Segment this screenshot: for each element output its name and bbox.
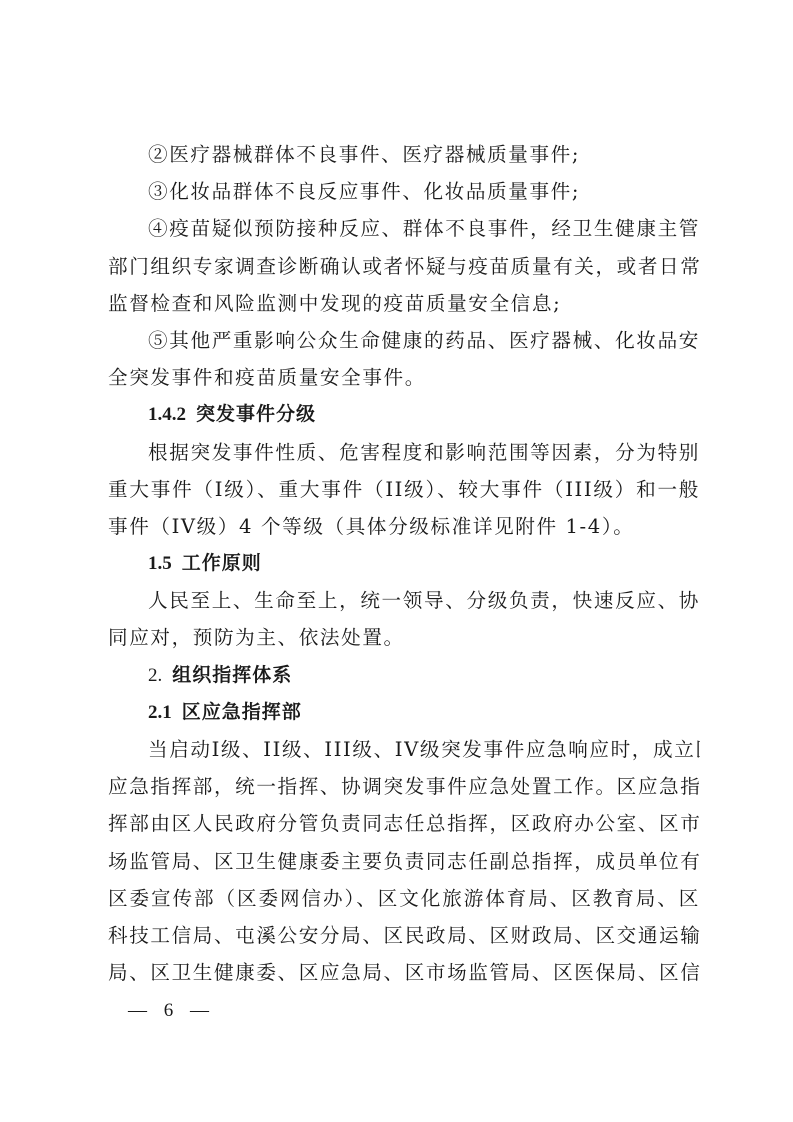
page-number: — 6 — [128, 1000, 215, 1022]
paragraph-command-line-4: 场监管局、区卫生健康委主要负责同志任副总指挥，成员单位有 [108, 843, 700, 880]
paragraph-command-line-3: 挥部由区人民政府分管负责同志任总指挥，区政府办公室、区市 [108, 805, 700, 842]
paragraph-command-line-2: 应急指挥部，统一指挥、协调突发事件应急处置工作。区应急指 [108, 768, 700, 805]
list-item-other-line-1: ⑤其他严重影响公众生命健康的药品、医疗器械、化妆品安 [108, 322, 700, 359]
section-heading-2: 2.组织指挥体系 [108, 657, 700, 694]
section-heading-2-1: 2.1区应急指挥部 [108, 694, 700, 731]
list-item-cosmetics: ③化妆品群体不良反应事件、化妆品质量事件; [108, 173, 700, 210]
list-item-vaccine-line-1: ④疫苗疑似预防接种反应、群体不良事件，经卫生健康主管 [108, 210, 700, 247]
section-number: 1.5 [148, 553, 172, 574]
paragraph-principles-line-1: 人民至上、生命至上，统一领导、分级负责，快速反应、协 [108, 582, 700, 619]
paragraph-command-line-7: 局、区卫生健康委、区应急局、区市场监管局、区医保局、区信 [108, 954, 700, 991]
list-item-vaccine-line-2: 部门组织专家调查诊断确认或者怀疑与疫苗质量有关，或者日常 [108, 248, 700, 285]
list-item-medical-devices: ②医疗器械群体不良事件、医疗器械质量事件; [108, 136, 700, 173]
paragraph-classification-line-3: 事件（IV级）4 个等级（具体分级标准详见附件 1-4）。 [108, 508, 700, 545]
section-number: 2.1 [148, 702, 172, 723]
section-title: 工作原则 [182, 552, 262, 574]
paragraph-classification-line-1: 根据突发事件性质、危害程度和影响范围等因素，分为特别 [108, 434, 700, 471]
section-heading-1-4-2: 1.4.2突发事件分级 [108, 396, 700, 433]
document-page: ②医疗器械群体不良事件、医疗器械质量事件; ③化妆品群体不良反应事件、化妆品质量… [108, 136, 700, 991]
paragraph-command-line-5: 区委宣传部（区委网信办）、区文化旅游体育局、区教育局、区 [108, 880, 700, 917]
paragraph-classification-line-2: 重大事件（I级）、重大事件（II级）、较大事件（III级）和一般 [108, 471, 700, 508]
list-item-vaccine-line-3: 监督检查和风险监测中发现的疫苗质量安全信息; [108, 285, 700, 322]
paragraph-principles-line-2: 同应对，预防为主、依法处置。 [108, 619, 700, 656]
paragraph-command-line-6: 科技工信局、屯溪公安分局、区民政局、区财政局、区交通运输 [108, 917, 700, 954]
paragraph-command-line-1: 当启动I级、II级、III级、IV级突发事件应急响应时，成立区 [108, 731, 700, 768]
section-number: 2. [148, 665, 162, 686]
section-title: 组织指挥体系 [172, 664, 292, 686]
section-title: 区应急指挥部 [182, 701, 302, 723]
list-item-other-line-2: 全突发事件和疫苗质量安全事件。 [108, 359, 700, 396]
section-number: 1.4.2 [148, 404, 186, 425]
section-heading-1-5: 1.5工作原则 [108, 545, 700, 582]
section-title: 突发事件分级 [196, 403, 316, 425]
